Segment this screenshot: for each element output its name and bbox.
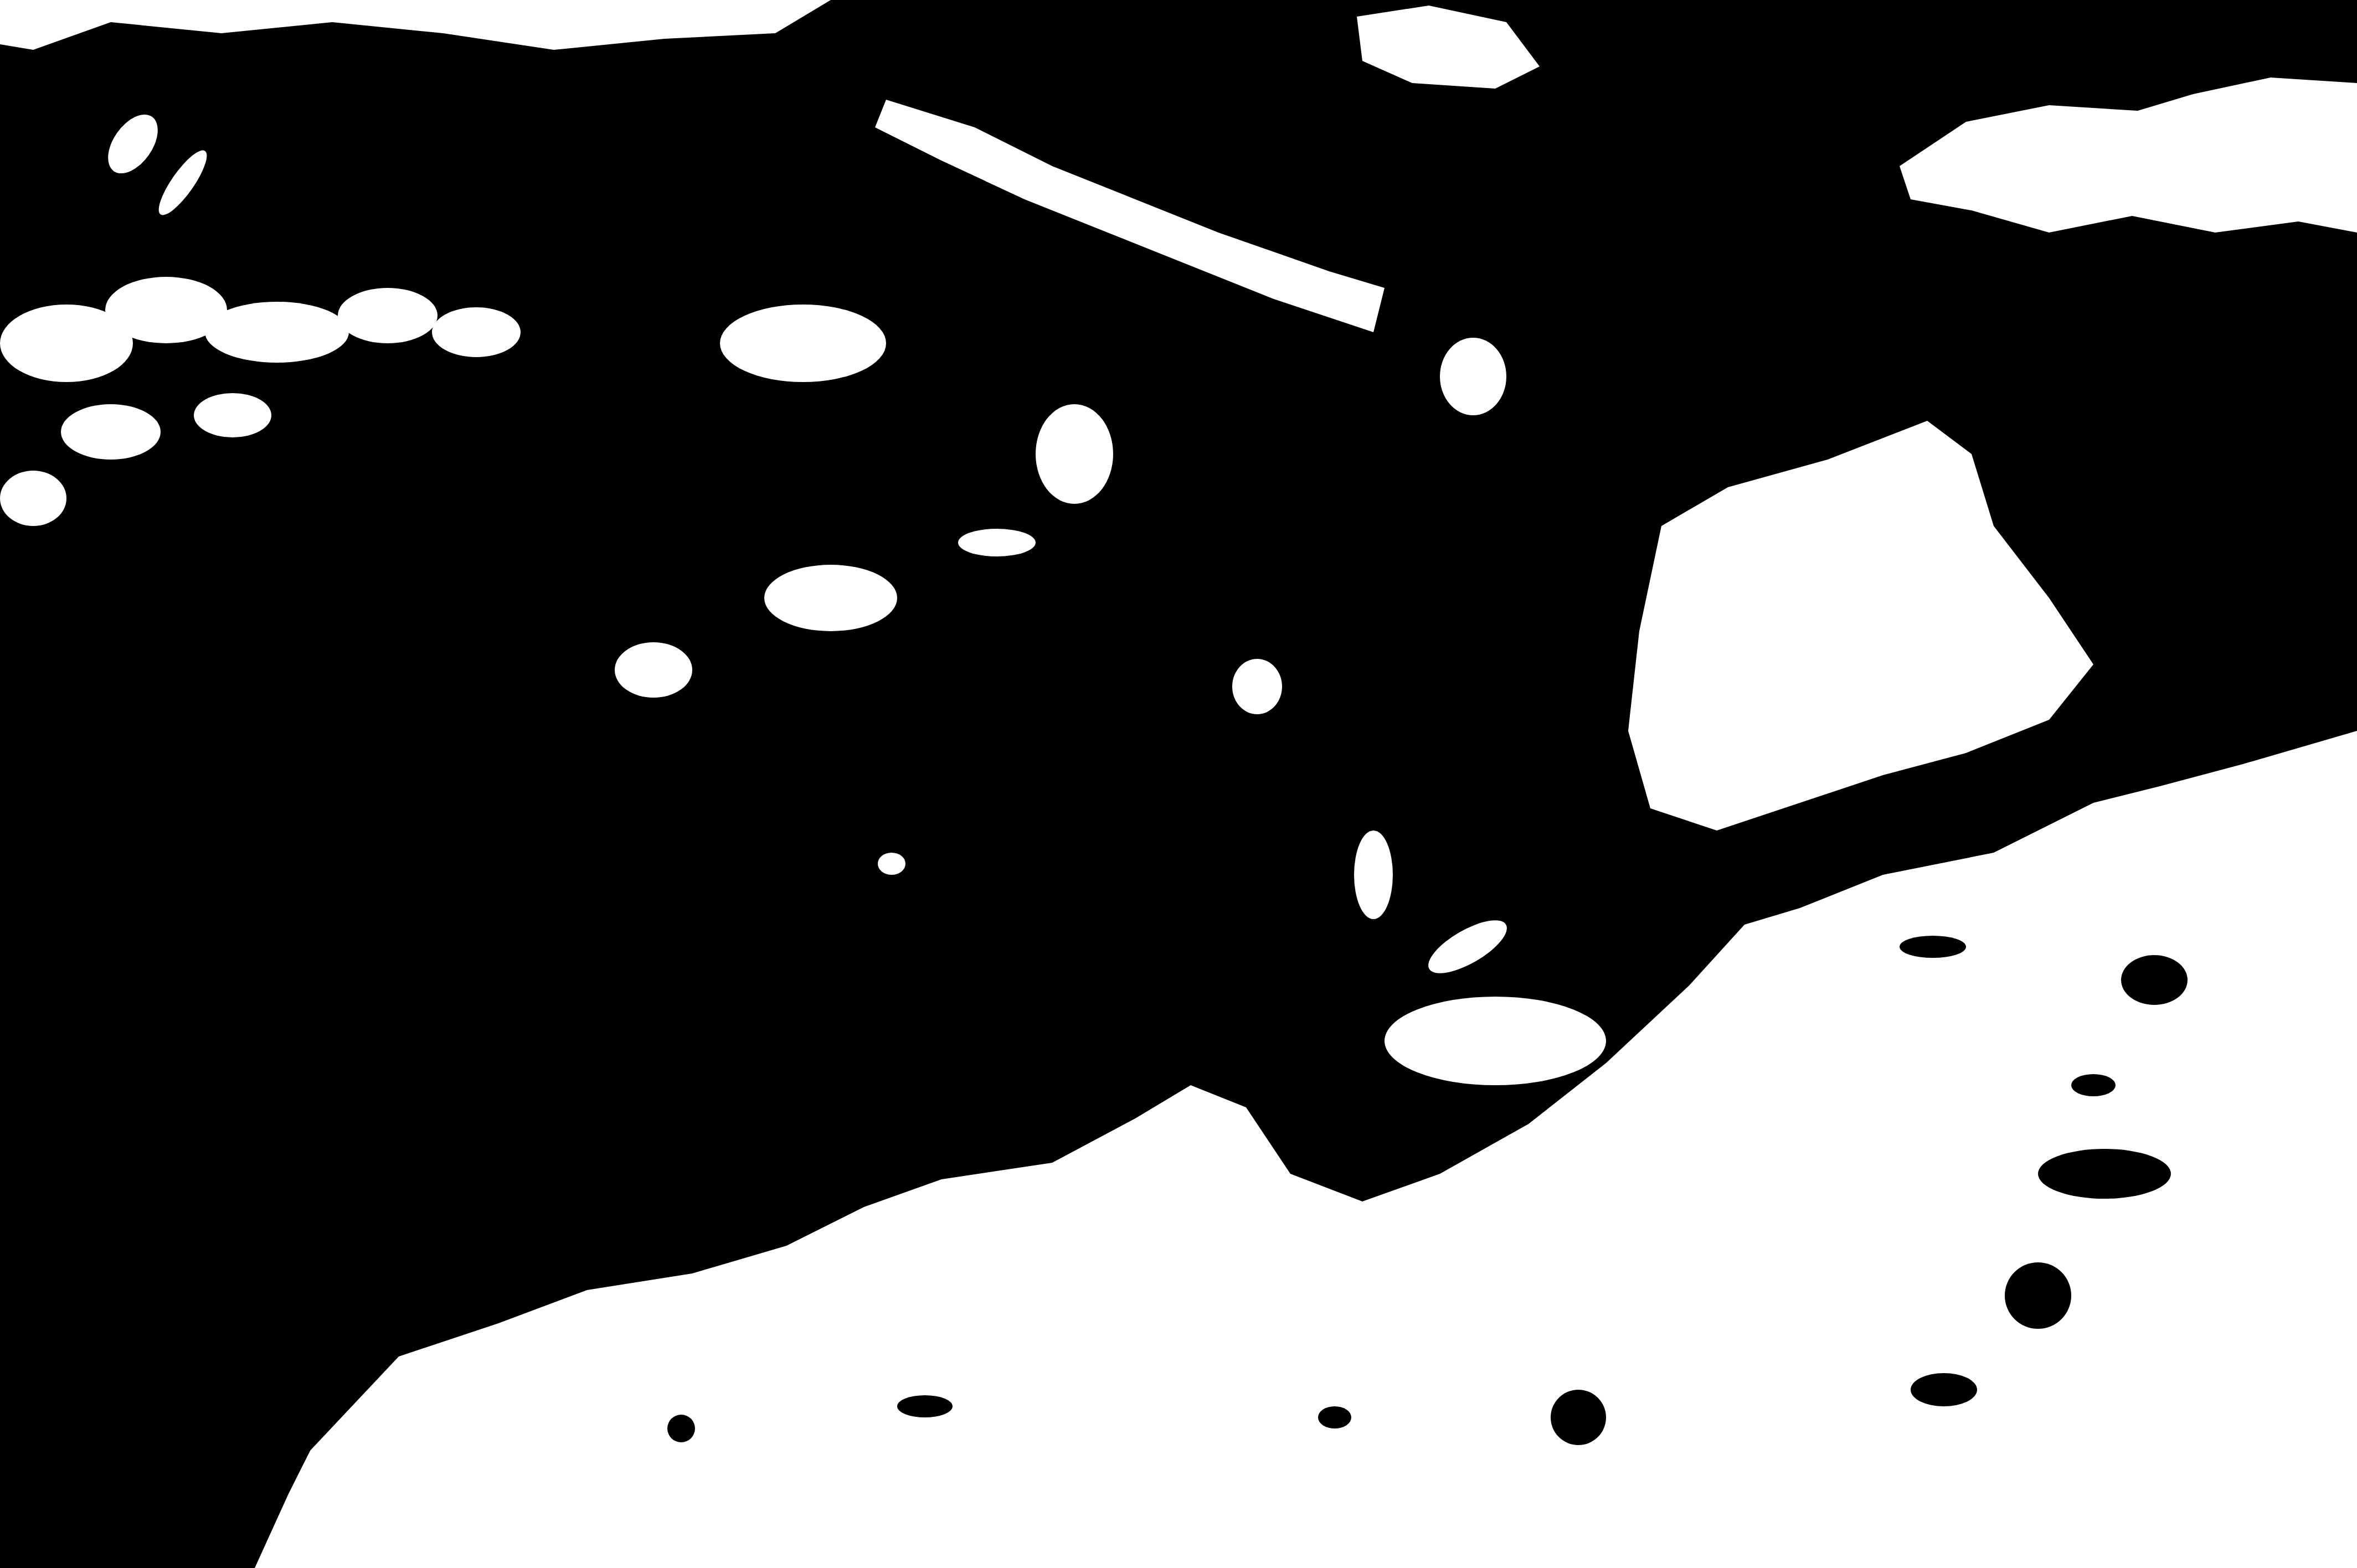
thresholded-photo [0,0,2357,1568]
